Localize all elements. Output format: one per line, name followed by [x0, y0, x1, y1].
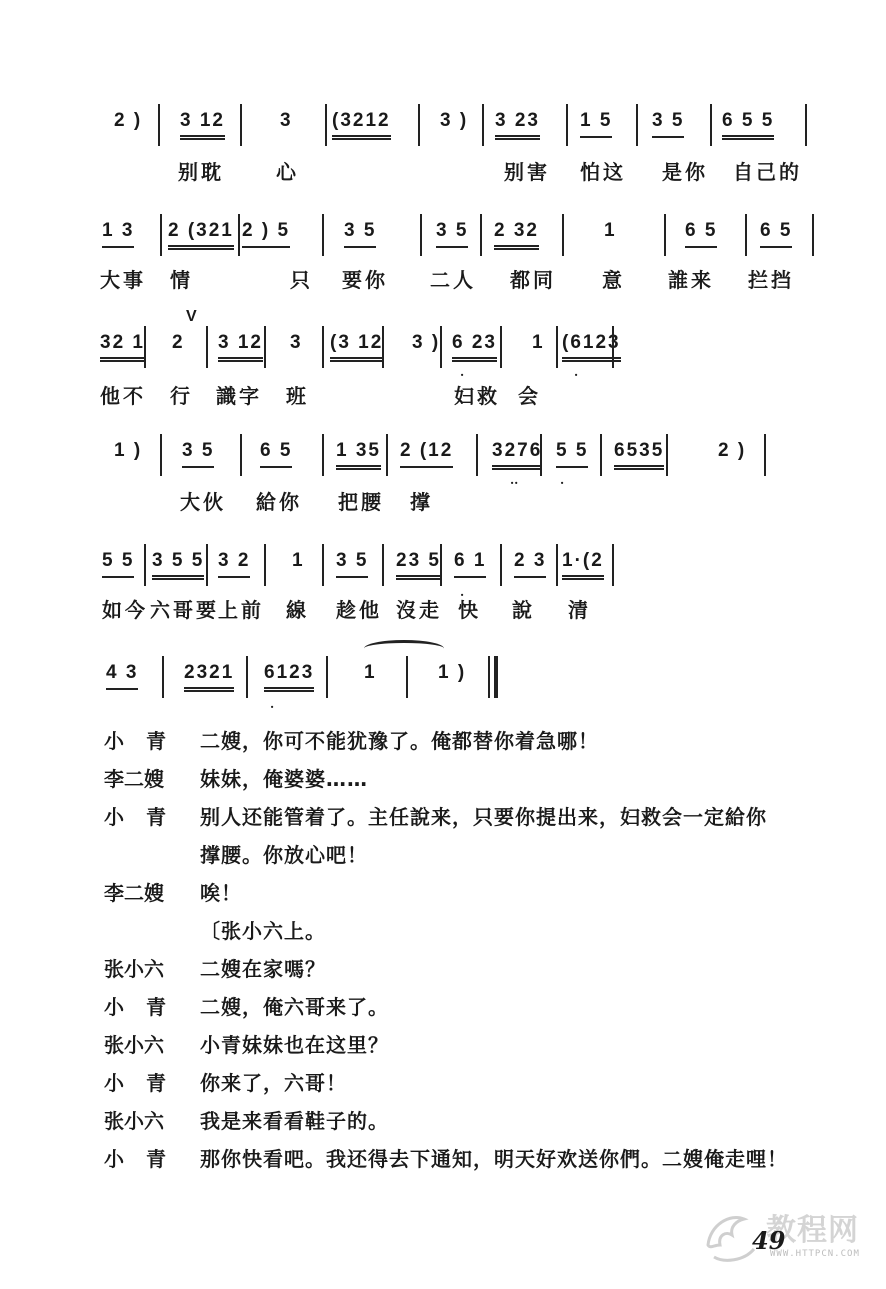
barline	[238, 214, 240, 256]
lyric: 誰来	[668, 264, 714, 293]
note: 3 5	[436, 220, 468, 248]
barline	[264, 544, 266, 586]
note: 3 5	[652, 110, 684, 138]
barline	[556, 326, 558, 368]
note: 6 5	[685, 220, 717, 248]
note: 1	[532, 332, 545, 354]
note: 6 5 5	[722, 110, 774, 140]
page-number: 49	[752, 1226, 785, 1255]
speech: 妹妹，俺婆婆……	[200, 760, 368, 798]
barline	[406, 656, 408, 698]
barline	[322, 544, 324, 586]
note: 2 )	[114, 110, 142, 132]
barline	[710, 104, 712, 146]
lyric: 他不	[100, 380, 146, 409]
barline	[162, 656, 164, 698]
note: 1 5	[580, 110, 612, 138]
speech: 别人还能管着了。主任說来，只要你提出来，妇救会一定給你	[200, 798, 767, 836]
speech: 〔张小六上。	[200, 912, 326, 950]
lower-octave-dot: ··	[510, 476, 518, 490]
barline	[246, 656, 248, 698]
speaker: 李二嫂	[104, 760, 184, 798]
barline	[326, 656, 328, 698]
barline	[764, 434, 766, 476]
dialogue-line: 小青 你来了，六哥！	[104, 1064, 824, 1102]
breath-mark: V	[186, 308, 197, 326]
note: 3	[280, 110, 293, 132]
final-barline-thick	[494, 656, 498, 698]
lyric: 識字	[216, 380, 262, 409]
speaker: 小青	[104, 988, 184, 1026]
barline	[500, 326, 502, 368]
note: 23 5	[396, 550, 441, 580]
barline	[420, 214, 422, 256]
note: 6 1	[454, 550, 486, 578]
lyric: 線	[286, 594, 309, 623]
dialogue-line: 李二嫂 唉！	[104, 874, 824, 912]
barline	[325, 104, 327, 146]
barline	[440, 326, 442, 368]
barline	[160, 434, 162, 476]
barline	[322, 434, 324, 476]
lyric: 快	[458, 594, 481, 623]
note: 2321	[184, 662, 234, 692]
barline	[566, 104, 568, 146]
lower-octave-dot: ·	[560, 476, 564, 490]
lyric: 情	[170, 264, 193, 293]
lyric: 行	[170, 380, 193, 409]
lyric: 怕这	[580, 156, 626, 185]
speaker: 小青	[104, 798, 184, 836]
barline	[386, 434, 388, 476]
note: 6535	[614, 440, 664, 470]
lyric: 别害	[504, 156, 550, 185]
lyric: 趁他	[336, 594, 382, 623]
note: 3	[290, 332, 303, 354]
lyric: 把腰	[338, 486, 384, 515]
speech: 唉！	[200, 874, 242, 912]
barline	[805, 104, 807, 146]
dialogue-line: 小青 二嫂，你可不能犹豫了。俺都替你着急哪！	[104, 722, 824, 760]
note: 3 )	[440, 110, 468, 132]
lyric: 沒走	[396, 594, 442, 623]
lyric: 自己的	[733, 156, 802, 185]
dialogue-line: 张小六 小青妹妹也在这里？	[104, 1026, 824, 1064]
lower-octave-dot: ·	[270, 700, 274, 714]
dialogue-line: 张小六 二嫂在家嗎？	[104, 950, 824, 988]
barline	[160, 214, 162, 256]
lyric: 心	[276, 156, 299, 185]
barline	[612, 544, 614, 586]
speaker: 小青	[104, 1140, 184, 1178]
note: 3 12	[218, 332, 263, 362]
lyric: 大伙	[180, 486, 226, 515]
note: 3 5	[344, 220, 376, 248]
note: 4 3	[106, 662, 138, 690]
lyric: 六哥要	[150, 594, 219, 623]
dialogue-line: 小青 那你快看吧。我还得去下通知，明天好欢送你們。二嫂俺走哩！	[104, 1140, 824, 1178]
note: 1 3	[102, 220, 134, 248]
note: 5 5	[556, 440, 588, 468]
note: 1 35	[336, 440, 381, 470]
barline	[664, 214, 666, 256]
barline	[322, 214, 324, 256]
lyric: 班	[286, 380, 309, 409]
barline	[418, 104, 420, 146]
note: 6 5	[760, 220, 792, 248]
speech: 二嫂，俺六哥来了。	[200, 988, 389, 1026]
final-barline	[488, 656, 490, 698]
note: 6 23	[452, 332, 497, 362]
lyric: 給你	[256, 486, 302, 515]
barline	[480, 214, 482, 256]
barline	[812, 214, 814, 256]
note: 3 )	[412, 332, 440, 354]
note: 1·(2	[562, 550, 604, 580]
lyric: 撑	[410, 486, 433, 515]
note: 32 1	[100, 332, 145, 362]
barline	[540, 434, 542, 476]
speech: 我是来看看鞋子的。	[200, 1102, 389, 1140]
note: 2 (321	[168, 220, 234, 250]
note: 3276	[492, 440, 542, 470]
barline	[144, 326, 146, 368]
dialogue-line: 张小六 我是来看看鞋子的。	[104, 1102, 824, 1140]
note: 1	[292, 550, 305, 572]
note: 1	[364, 662, 377, 684]
barline	[600, 434, 602, 476]
barline	[556, 544, 558, 586]
speech: 二嫂，你可不能犹豫了。俺都替你着急哪！	[200, 722, 599, 760]
speaker: 小青	[104, 722, 184, 760]
note: (3 12	[330, 332, 383, 362]
note: (3212	[332, 110, 391, 140]
note: 2 ) 5	[242, 220, 290, 248]
speech: 小青妹妹也在这里？	[200, 1026, 389, 1064]
barline	[440, 544, 442, 586]
note: 5 5	[102, 550, 134, 578]
barline	[612, 326, 614, 368]
speech: 那你快看吧。我还得去下通知，明天好欢送你們。二嫂俺走哩！	[200, 1140, 788, 1178]
barline	[636, 104, 638, 146]
lyric: 别耽	[178, 156, 224, 185]
barline	[562, 214, 564, 256]
score-row-1: 2 ) 3 12 3 (3212 3 ) 3 23 1 5 3 5 6 5 5	[100, 104, 820, 164]
score-row-6: 4 3 2321 6123 · 1 1 )	[100, 656, 820, 716]
lyric: 說	[512, 594, 535, 623]
barline	[666, 434, 668, 476]
stage-direction: 〔张小六上。	[104, 912, 824, 950]
barline	[144, 544, 146, 586]
note: 3 5 5	[152, 550, 204, 580]
barline	[158, 104, 160, 146]
lyric: 如今	[102, 594, 148, 623]
note: 2 (12	[400, 440, 453, 468]
note: 3 5	[182, 440, 214, 468]
note: 2 )	[718, 440, 746, 462]
speaker: 张小六	[104, 1102, 184, 1140]
dialogue-line: 李二嫂 妹妹，俺婆婆……	[104, 760, 824, 798]
lower-octave-dot: ·	[574, 368, 578, 382]
lyric: 妇救	[454, 380, 500, 409]
barline	[206, 326, 208, 368]
note: 3 12	[180, 110, 225, 140]
dialogue-line: 小青 二嫂，俺六哥来了。	[104, 988, 824, 1026]
lyric: 清	[568, 594, 591, 623]
barline	[264, 326, 266, 368]
note: 3 5	[336, 550, 368, 578]
note: 2	[172, 332, 185, 354]
barline	[500, 544, 502, 586]
speech: 撑腰。你放心吧！	[200, 836, 368, 874]
lyric: 上前	[218, 594, 264, 623]
lyric: 是你	[662, 156, 708, 185]
note: 6123	[264, 662, 314, 692]
barline	[322, 326, 324, 368]
note: 1 )	[438, 662, 466, 684]
lyric: 会	[518, 380, 541, 409]
lyric: 拦挡	[748, 264, 794, 293]
dialogue: 小青 二嫂，你可不能犹豫了。俺都替你着急哪！ 李二嫂 妹妹，俺婆婆…… 小青 别…	[104, 722, 824, 1178]
speech: 你来了，六哥！	[200, 1064, 347, 1102]
lyric: 只	[290, 264, 313, 293]
barline	[382, 544, 384, 586]
speech: 二嫂在家嗎？	[200, 950, 326, 988]
lyric: 都同	[510, 264, 556, 293]
speaker: 小青	[104, 1064, 184, 1102]
note: 2 32	[494, 220, 539, 250]
tie-slur	[364, 640, 444, 657]
dialogue-line: 小青 别人还能管着了。主任說来，只要你提出来，妇救会一定給你	[104, 798, 824, 836]
note: 6 5	[260, 440, 292, 468]
barline	[206, 544, 208, 586]
barline	[240, 104, 242, 146]
lyric: 意	[602, 264, 625, 293]
barline	[482, 104, 484, 146]
barline	[745, 214, 747, 256]
note: 2 3	[514, 550, 546, 578]
lyric: 二人	[430, 264, 476, 293]
note: 1	[604, 220, 617, 242]
lyric: 大事	[100, 264, 146, 293]
barline	[240, 434, 242, 476]
speaker: 李二嫂	[104, 874, 184, 912]
note: 3 23	[495, 110, 540, 140]
barline	[476, 434, 478, 476]
barline	[382, 326, 384, 368]
note: 1 )	[114, 440, 142, 462]
dialogue-line: 撑腰。你放心吧！	[104, 836, 824, 874]
lyric: 要你	[342, 264, 388, 293]
score-row-4: 1 ) 3 5 6 5 1 35 2 (12 3276 ·· 5 5 · 653…	[100, 434, 820, 494]
note: 3 2	[218, 550, 250, 578]
speaker: 张小六	[104, 950, 184, 988]
speaker: 张小六	[104, 1026, 184, 1064]
score-row-3: 32 1 2 V 3 12 3 (3 12 3 ) 6 23 · 1 (6123…	[100, 326, 820, 386]
